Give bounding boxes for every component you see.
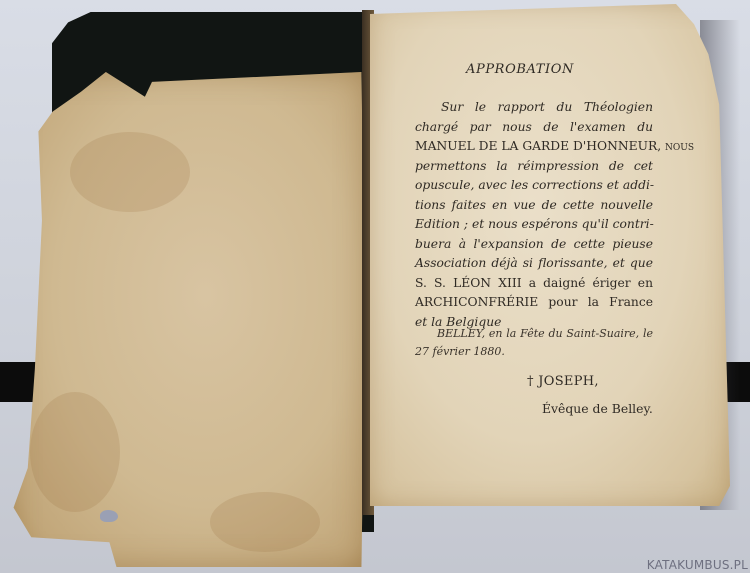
text-line: MANUEL DE LA GARDE D'HONNEUR, nous [415, 137, 653, 157]
text-line: Association déjà si florissante, et que [415, 254, 653, 274]
water-stain [30, 392, 120, 512]
approbation-paragraph: Sur le rapport du Théologien chargé par … [415, 98, 653, 332]
text-line: S. S. LÉON XIII a daigné ériger en [415, 274, 653, 294]
signature-name: † JOSEPH, [527, 374, 599, 389]
photo-scene: APPROBATION Sur le rapport du Théologien… [0, 0, 750, 573]
text-line: buera à l'expansion de cette pieuse [415, 235, 653, 255]
text-line: Edition ; et nous espérons qu'il contri- [415, 215, 653, 235]
text-line: permettons la réimpression de cet [415, 157, 653, 177]
text-line: ARCHICONFRÉRIE pour la France [415, 293, 653, 313]
text-line: tions faites en vue de cette nouvelle [415, 196, 653, 216]
water-stain [70, 132, 190, 212]
watermark: KATAKUMBUS.PL [647, 558, 748, 572]
text-line: Sur le rapport du Théologien [415, 98, 653, 118]
text-line: opuscule, avec les corrections et addi- [415, 176, 653, 196]
text-line: chargé par nous de l'examen du [415, 118, 653, 138]
text-line: BELLEY, en la Fête du Saint-Suaire, le [415, 325, 653, 343]
left-page-blank [10, 72, 365, 567]
water-stain [210, 492, 320, 552]
place-and-date: BELLEY, en la Fête du Saint-Suaire, le 2… [415, 325, 653, 361]
text-line: 27 février 1880. [415, 343, 653, 361]
approbation-title: APPROBATION [466, 62, 574, 77]
signature-title: Évêque de Belley. [542, 401, 653, 416]
page-hole [100, 510, 118, 522]
